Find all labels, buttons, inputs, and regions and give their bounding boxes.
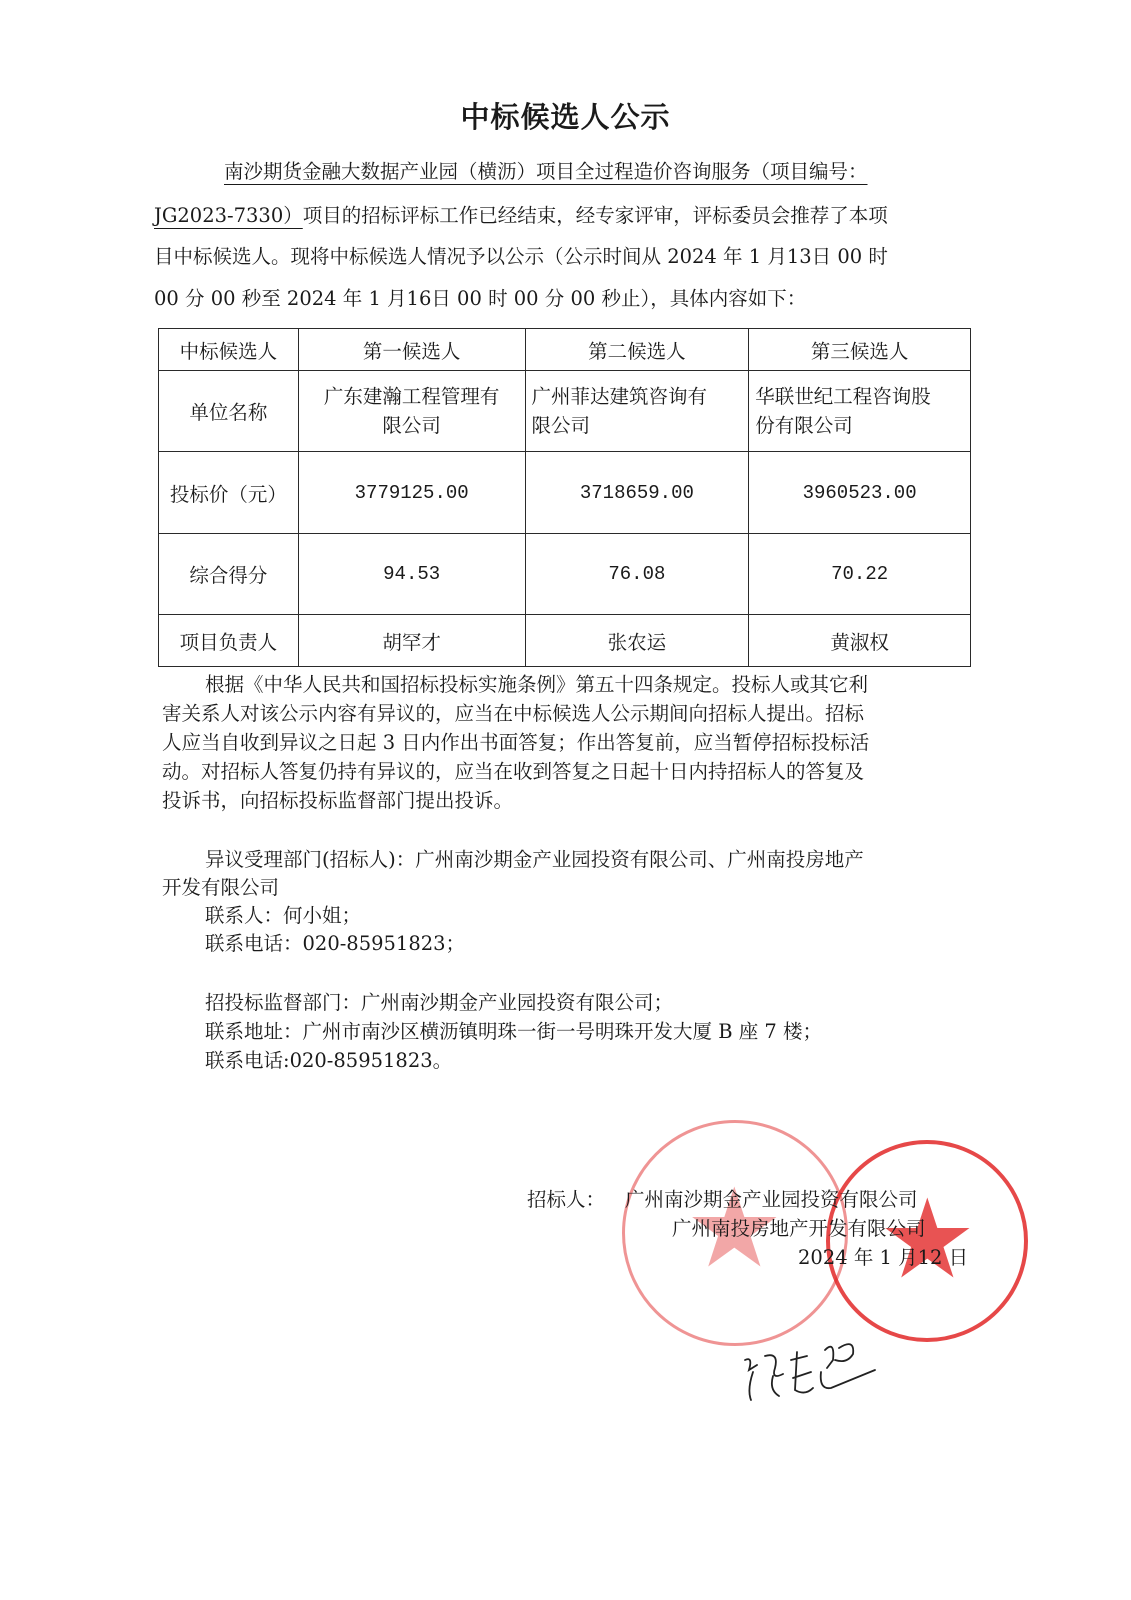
table-row: 单位名称 广东建瀚工程管理有限公司 广州菲达建筑咨询有限公司 华联世纪工程咨询股… — [159, 371, 971, 452]
tenderer-org-1: 广州南沙期金产业园投资有限公司 — [625, 1188, 918, 1212]
row-label: 综合得分 — [159, 534, 299, 615]
legal-line: 人应当自收到异议之日起 3 日内作出书面答复；作出答复前，应当暂停招标投标活 — [162, 731, 869, 755]
bid-price-cell: 3960523.00 — [749, 452, 971, 534]
row-label: 项目负责人 — [159, 615, 299, 667]
intro-line-2-rest: 项目的招标评标工作已经结束，经专家评审，评标委员会推荐了本项 — [303, 204, 888, 227]
table-header-cell: 第一候选人 — [298, 329, 525, 371]
row-label: 单位名称 — [159, 371, 299, 452]
score-cell: 94.53 — [298, 534, 525, 615]
intro-line-3: 目中标候选人。现将中标候选人情况予以公示（公示时间从 2024 年 1 月13日… — [154, 245, 888, 269]
intro-line-2: JG2023-7330）项目的招标评标工作已经结束，经专家评审，评标委员会推荐了… — [154, 204, 888, 228]
supervision-phone: 联系电话:020-85951823。 — [205, 1049, 452, 1073]
page-title: 中标候选人公示 — [0, 95, 1131, 136]
table-header-row: 中标候选人 第一候选人 第二候选人 第三候选人 — [159, 329, 971, 371]
stamp-nansha-futures-park: ★ — [826, 1140, 1028, 1342]
project-leader-cell: 张农运 — [525, 615, 749, 667]
company-name-line: 份有限公司 — [755, 411, 964, 440]
project-leader-cell: 黄淑权 — [749, 615, 971, 667]
table-header-cell: 第三候选人 — [749, 329, 971, 371]
company-name-line: 华联世纪工程咨询股 — [755, 382, 964, 411]
score-cell: 76.08 — [525, 534, 749, 615]
company-name-cell: 华联世纪工程咨询股份有限公司 — [749, 371, 971, 452]
bid-price-cell: 3779125.00 — [298, 452, 525, 534]
legal-line: 根据《中华人民共和国招标投标实施条例》第五十四条规定。投标人或其它利 — [205, 673, 868, 697]
objection-dept: 异议受理部门(招标人)：广州南沙期金产业园投资有限公司、广州南投房地产 — [205, 848, 864, 872]
company-name-line: 广州菲达建筑咨询有 — [532, 382, 743, 411]
row-label: 投标价（元） — [159, 452, 299, 534]
legal-line: 害关系人对该公示内容有异议的，应当在中标候选人公示期间向招标人提出。招标 — [162, 702, 864, 726]
table-header-cell: 第二候选人 — [525, 329, 749, 371]
legal-line: 投诉书，向招标投标监督部门提出投诉。 — [162, 789, 513, 813]
project-code: JG2023-7330） — [154, 204, 303, 227]
tenderer-org-2: 广州南投房地产开发有限公司 — [672, 1217, 926, 1241]
contact-phone: 联系电话：020-85951823； — [205, 932, 465, 956]
company-name-line: 限公司 — [532, 411, 743, 440]
table-row: 投标价（元） 3779125.00 3718659.00 3960523.00 — [159, 452, 971, 534]
table-row: 项目负责人 胡罕才 张农运 黄淑权 — [159, 615, 971, 667]
objection-dept-cont: 开发有限公司 — [162, 876, 279, 900]
intro-line-1: 南沙期货金融大数据产业园（横沥）项目全过程造价咨询服务（项目编号： — [224, 160, 868, 184]
bid-price-cell: 3718659.00 — [525, 452, 749, 534]
legal-line: 动。对招标人答复仍持有异议的，应当在收到答复之日起十日内持招标人的答复及 — [162, 760, 864, 784]
candidate-table: 中标候选人 第一候选人 第二候选人 第三候选人 单位名称 广东建瀚工程管理有限公… — [158, 328, 971, 667]
company-name-cell: 广东建瀚工程管理有限公司 — [298, 371, 525, 452]
tenderer-label: 招标人： — [527, 1188, 605, 1212]
company-name-line: 限公司 — [305, 411, 519, 440]
supervision-dept: 招投标监督部门：广州南沙期金产业园投资有限公司； — [205, 991, 673, 1015]
supervision-address: 联系地址：广州市南沙区横沥镇明珠一街一号明珠开发大厦 B 座 7 楼； — [205, 1020, 822, 1044]
signing-date: 2024 年 1 月12 日 — [798, 1246, 968, 1270]
project-leader-cell: 胡罕才 — [298, 615, 525, 667]
table-row: 综合得分 94.53 76.08 70.22 — [159, 534, 971, 615]
contact-person: 联系人：何小姐； — [205, 904, 361, 928]
score-cell: 70.22 — [749, 534, 971, 615]
table-header-cell: 中标候选人 — [159, 329, 299, 371]
company-name-cell: 广州菲达建筑咨询有限公司 — [525, 371, 749, 452]
intro-line-4: 00 分 00 秒至 2024 年 1 月16日 00 时 00 分 00 秒止… — [154, 287, 806, 311]
company-name-line: 广东建瀚工程管理有 — [305, 382, 519, 411]
handwritten-signature — [735, 1330, 885, 1410]
